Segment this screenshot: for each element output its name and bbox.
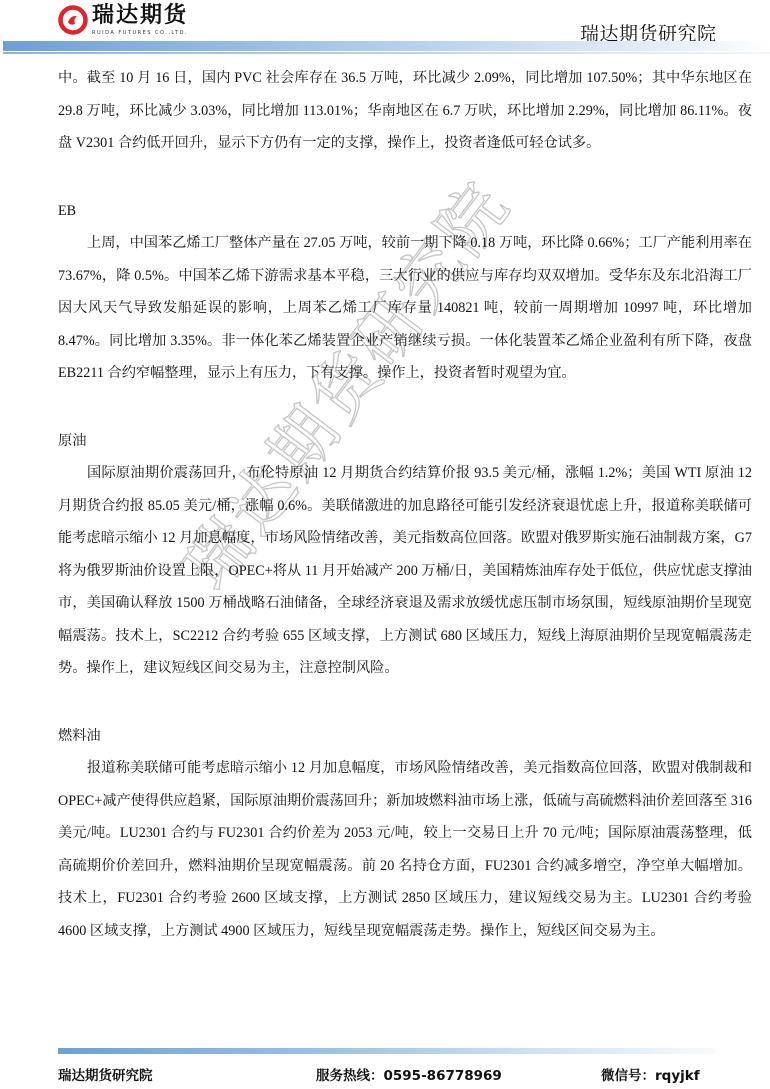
section-heading-eb: EB: [58, 195, 752, 228]
paragraph-crude-oil: 国际原油期价震荡回升，布伦特原油 12 月期货合约结算价报 93.5 美元/桶，…: [58, 457, 752, 685]
logo-mark-icon: [58, 5, 88, 35]
section-eb: EB 上周，中国苯乙烯工厂整体产量在 27.05 万吨，较前一期下降 0.18 …: [58, 195, 752, 390]
logo-chinese-name: 瑞达期货: [92, 3, 188, 29]
section-fuel-oil: 燃料油 报道称美联储可能考虑暗示缩小 12 月加息幅度，市场风险情绪改善，美元指…: [58, 720, 752, 948]
page-header: 瑞达期货 RUIDA FUTURES CO.,LTD. 瑞达期货研究院: [0, 0, 770, 58]
paragraph-pvc: 中。截至 10 月 16 日，国内 PVC 社会库存在 36.5 万吨，环比减少…: [58, 62, 752, 160]
section-pvc: 中。截至 10 月 16 日，国内 PVC 社会库存在 36.5 万吨，环比减少…: [58, 62, 752, 160]
header-divider-bar: [3, 41, 770, 51]
footer-divider-bar: [58, 1048, 715, 1054]
footer-org-name: 瑞达期货研究院: [58, 1064, 153, 1084]
footer-hotline: 服务热线：0595-86778969: [316, 1064, 502, 1084]
section-crude-oil: 原油 国际原油期价震荡回升，布伦特原油 12 月期货合约结算价报 93.5 美元…: [58, 425, 752, 685]
paragraph-fuel-oil: 报道称美联储可能考虑暗示缩小 12 月加息幅度，市场风险情绪改善，美元指数高位回…: [58, 752, 752, 947]
page-footer: 瑞达期货研究院 服务热线：0595-86778969 微信号：rqyjkf: [58, 1064, 718, 1086]
section-heading-crude-oil: 原油: [58, 425, 752, 458]
footer-wechat: 微信号：rqyjkf: [601, 1064, 700, 1084]
header-divider-line: [3, 52, 770, 54]
report-body: 中。截至 10 月 16 日，国内 PVC 社会库存在 36.5 万吨，环比减少…: [58, 62, 752, 947]
paragraph-eb: 上周，中国苯乙烯工厂整体产量在 27.05 万吨，较前一期下降 0.18 万吨，…: [58, 227, 752, 390]
section-heading-fuel-oil: 燃料油: [58, 720, 752, 753]
logo-english-name: RUIDA FUTURES CO.,LTD.: [92, 30, 188, 37]
company-logo: 瑞达期货 RUIDA FUTURES CO.,LTD.: [58, 3, 188, 39]
